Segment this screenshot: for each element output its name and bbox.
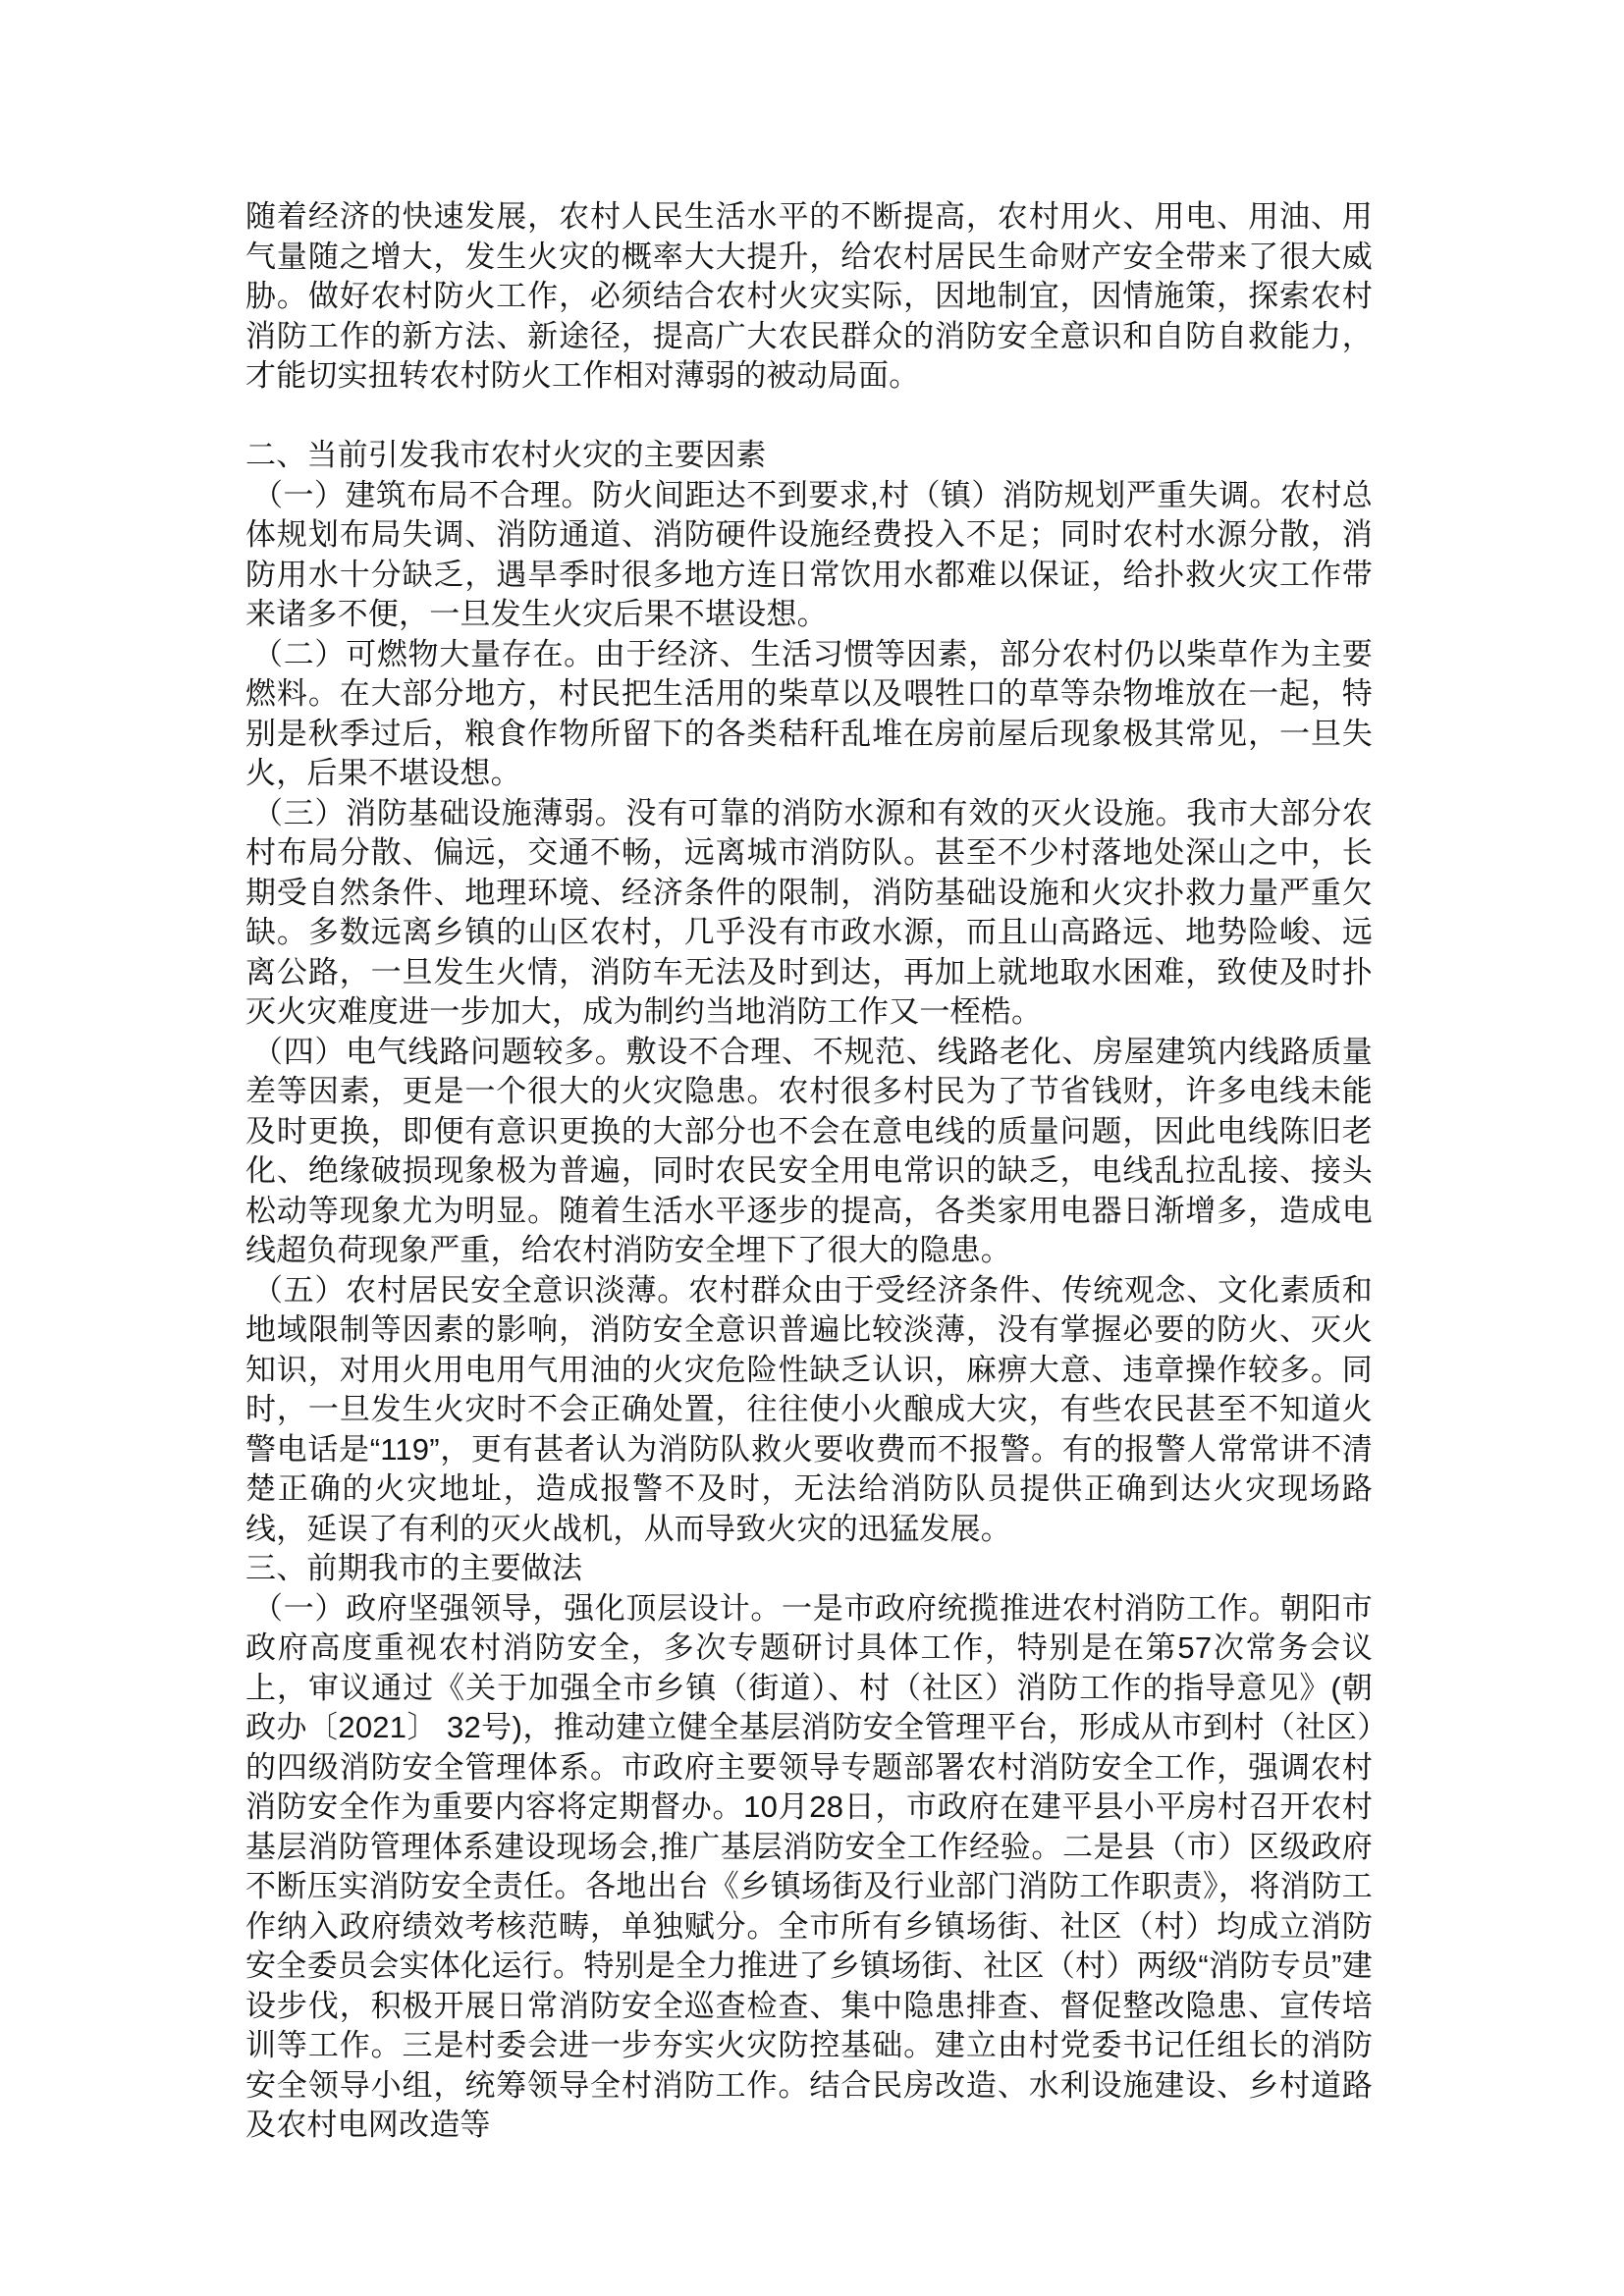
measures-paragraph-1: （一）政府坚强领导，强化顶层设计。一是市政府统揽推进农村消防工作。朝阳市政府高度… — [245, 1589, 1373, 2146]
cause-paragraph-3: （三）消防基础设施薄弱。没有可靠的消防水源和有效的灭火设施。我市大部分农村布局分… — [245, 794, 1373, 1033]
intro-paragraph: 随着经济的快速发展，农村人民生活水平的不断提高，农村用火、用电、用油、用气量随之… — [245, 197, 1373, 397]
cause-paragraph-4: （四）电气线路问题较多。敷设不合理、不规范、线路老化、房屋建筑内线路质量差等因素… — [245, 1033, 1373, 1271]
cause-paragraph-5: （五）农村居民安全意识淡薄。农村群众由于受经济条件、传统观念、文化素质和地域限制… — [245, 1271, 1373, 1550]
section-heading-causes: 二、当前引发我市农村火灾的主要因素 — [245, 436, 1373, 476]
cause-paragraph-1: （一）建筑布局不合理。防火间距达不到要求,村（镇）消防规划严重失调。农村总体规划… — [245, 476, 1373, 635]
section-heading-measures: 三、前期我市的主要做法 — [245, 1549, 1373, 1589]
document-body: 随着经济的快速发展，农村人民生活水平的不断提高，农村用火、用电、用油、用气量随之… — [245, 197, 1373, 2146]
cause-paragraph-2: （二）可燃物大量存在。由于经济、生活习惯等因素，部分农村仍以柴草作为主要燃料。在… — [245, 635, 1373, 794]
document-page: 随着经济的快速发展，农村人民生活水平的不断提高，农村用火、用电、用油、用气量随之… — [0, 0, 1624, 2296]
